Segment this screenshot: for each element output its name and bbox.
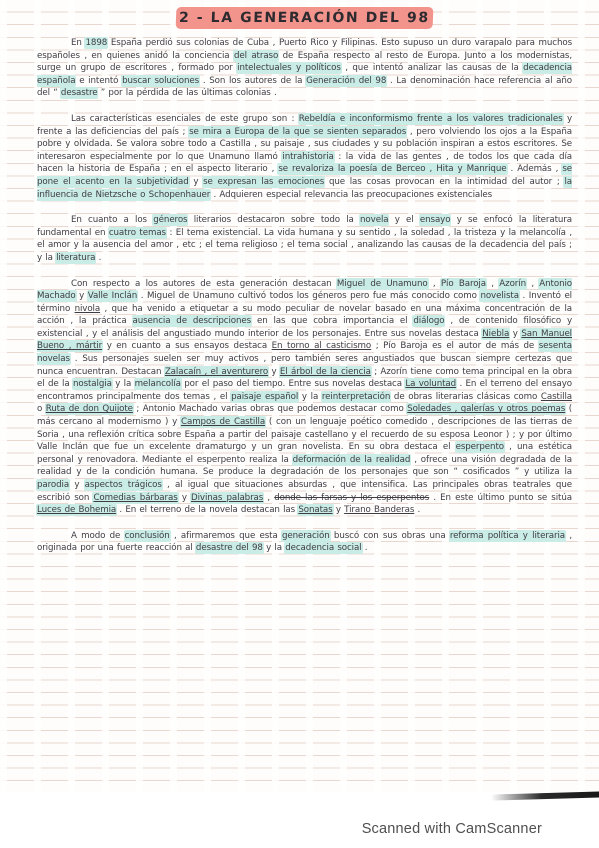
text-segment: , afirmaremos que esta <box>170 531 282 541</box>
highlighted-text: nostalgia <box>73 379 112 389</box>
text-segment: , <box>428 279 441 289</box>
text-segment: que las cosas provocan en la intimidad d… <box>324 177 564 187</box>
book-title: Niebla <box>482 329 509 339</box>
text-segment: , <box>486 279 499 289</box>
notebook-page: 2 - LA GENERACIÓN DEL 98 En 1898 España … <box>0 0 599 792</box>
text-segment: y <box>333 505 345 515</box>
text-segment: , <box>526 279 539 289</box>
text-segment: en las que cobra importancia el <box>251 316 413 326</box>
scan-edge-artifact <box>491 791 599 800</box>
text-segment: y el <box>388 215 419 225</box>
text-segment: y la <box>298 392 322 402</box>
text-segment: y <box>268 367 280 377</box>
highlighted-text: buscar soluciones <box>122 76 199 86</box>
highlighted-text: ensayo <box>420 215 451 225</box>
highlighted-text: Miguel de Unamuno <box>337 279 428 289</box>
book-title: En torno al casticismo <box>272 341 371 351</box>
paragraph: A modo de conclusión , afirmaremos que e… <box>37 530 572 555</box>
highlighted-text: desastre <box>61 88 98 98</box>
text-segment: ; Pío Baroja es el autor de más de <box>371 341 539 351</box>
highlighted-text: 1898 <box>85 38 107 48</box>
crossed-out-text: donde las farsas y los esperpentos <box>274 493 429 503</box>
text-segment: . <box>95 253 101 263</box>
text-segment: . Miguel de Unamuno cultivó todos los gé… <box>137 291 480 301</box>
text-segment: y <box>69 480 85 490</box>
highlighted-text: cuatro temas <box>109 228 166 238</box>
highlighted-text: se expresan las emociones <box>203 177 324 187</box>
text-segment: ” por la pérdida de las últimas colonias… <box>97 88 276 98</box>
highlighted-text: Generación del 98 <box>306 76 386 86</box>
highlighted-text: aspectos trágicos <box>85 480 162 490</box>
text-segment: y <box>76 291 88 301</box>
text-segment: o <box>37 404 46 414</box>
document-body: En 1898 España perdió sus colonias de Cu… <box>37 37 572 555</box>
highlighted-text: novela <box>360 215 388 225</box>
text-segment: y <box>509 329 521 339</box>
text-segment: A modo de <box>71 531 125 541</box>
book-title: Tirano Banderas <box>344 505 414 515</box>
text-segment: literarios destacaron sobre todo la <box>187 215 360 225</box>
text-segment: . En este último punto se sitúa <box>429 493 572 503</box>
highlighted-text: Pío Baroja <box>441 279 486 289</box>
text-segment: . Son los autores de la <box>199 76 306 86</box>
text-segment: buscó con sus obras una <box>330 531 450 541</box>
text-segment: . En el terreno de la novela destacan la… <box>116 505 298 515</box>
highlighted-text: se mira a Europa de la que se sienten se… <box>189 127 406 137</box>
text-segment: . Adquieren especial relevancia las preo… <box>210 190 492 200</box>
text-segment: En <box>71 38 85 48</box>
text-segment: y <box>178 493 191 503</box>
page-title: 2 - LA GENERACIÓN DEL 98 <box>179 10 430 26</box>
highlighted-text: desastre del 98 <box>196 543 263 553</box>
highlighted-text: novelista <box>480 291 519 301</box>
highlighted-text: Valle Inclán <box>88 291 137 301</box>
book-title: Ruta de don Quijote <box>46 404 133 414</box>
text-segment: Las características esenciales de este g… <box>71 114 299 124</box>
scanned-document: 2 - LA GENERACIÓN DEL 98 En 1898 España … <box>0 0 599 848</box>
highlighted-text: deformación de la realidad <box>293 455 411 465</box>
highlighted-text: reforma política y literaria <box>450 531 565 541</box>
highlighted-text: melancolía <box>135 379 181 389</box>
highlighted-text: esperpento <box>456 442 504 452</box>
highlighted-text: Azorín <box>499 279 526 289</box>
paragraph: En 1898 España perdió sus colonias de Cu… <box>37 37 572 100</box>
book-title: Zalacaín , el aventurero <box>165 367 268 377</box>
book-title: Luces de Bohemia <box>37 505 116 515</box>
book-title: Campos de Castilla <box>181 417 265 427</box>
text-segment: ; Antonio Machado varias obras que podem… <box>133 404 407 414</box>
book-title: Soledades , galerías y otros poemas <box>407 404 565 414</box>
camscanner-watermark: Scanned with CamScanner <box>362 821 542 837</box>
text-segment: por el paso del tiempo. Entre sus novela… <box>181 379 406 389</box>
title-row: 2 - LA GENERACIÓN DEL 98 <box>37 7 572 26</box>
highlighted-text: ausencia de descripciones <box>133 316 252 326</box>
text-segment: y en cuanto a sus ensayos destaca <box>102 341 272 351</box>
text-segment: . <box>414 505 420 515</box>
highlighted-text: diálogo <box>413 316 444 326</box>
paragraph: En cuanto a los géneros literarios desta… <box>37 214 572 264</box>
book-title: Castilla <box>541 392 572 402</box>
text-segment: . Además , <box>507 164 563 174</box>
highlighted-text: reinterpretación <box>322 392 390 402</box>
highlighted-text: literatura <box>56 253 95 263</box>
highlighted-text: generación <box>282 531 330 541</box>
book-title: Divinas palabras <box>191 493 263 503</box>
text-segment: , que intentó analizar las causas de la <box>341 63 523 73</box>
paragraph: Con respecto a los autores de esta gener… <box>37 278 572 517</box>
highlighted-text: parodia <box>37 480 69 490</box>
text-segment: En cuanto a los <box>71 215 153 225</box>
text-segment: y la <box>112 379 135 389</box>
text-segment: y la <box>263 543 285 553</box>
highlighted-text: paisaje español <box>231 392 298 402</box>
text-segment: , <box>263 493 274 503</box>
highlighted-text: Rebeldía e inconformismo frente a los va… <box>299 114 563 124</box>
highlighted-text: conclusión <box>125 531 170 541</box>
highlighted-text: géneros <box>153 215 187 225</box>
highlighted-text: intrahistoria <box>282 152 333 162</box>
text-segment: Con respecto a los autores de esta gener… <box>71 279 337 289</box>
text-segment: e intentó <box>75 76 122 86</box>
highlighted-text: decadencia social <box>285 543 361 553</box>
text-segment: de obras literarias clásicas como <box>390 392 541 402</box>
book-title: La voluntad <box>405 379 456 389</box>
highlighted-text: intelectuales y políticos <box>237 63 341 73</box>
paragraph: Las características esenciales de este g… <box>37 113 572 201</box>
highlighted-text: del atraso <box>234 51 278 61</box>
book-title: El árbol de la ciencia <box>280 367 371 377</box>
book-title: Comedias bárbaras <box>93 493 177 503</box>
book-title: Sonatas <box>298 505 332 515</box>
highlighted-text: se revaloriza la poesía de Berceo , Hita… <box>278 164 506 174</box>
text-segment: y <box>189 177 204 187</box>
book-title: nivola <box>75 304 101 314</box>
text-segment: . <box>362 543 368 553</box>
